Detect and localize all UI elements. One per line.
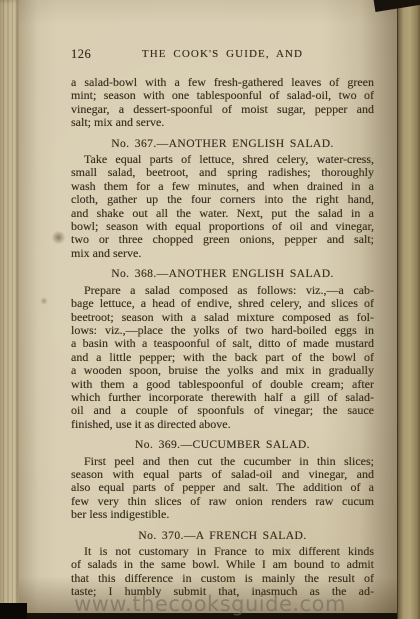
section-paragraph: It is not customary in France to mix dif… — [71, 545, 374, 599]
text-line: that this difference in custom is mainly… — [71, 572, 374, 585]
text-line: Take equal parts of lettuce, shred celer… — [71, 153, 374, 166]
text-line: First peel and then cut the cucumber in … — [71, 455, 374, 468]
paragraph-intro: a salad-bowl with a few fresh-gathered l… — [71, 76, 374, 130]
text-line: finished, use it as directed above. — [71, 418, 374, 431]
text-line: vinegar, a dessert-spoonful of moist sug… — [71, 103, 374, 116]
text-line: mix and serve. — [71, 247, 374, 260]
scanned-book-photo: 126 THE COOK'S GUIDE, AND a salad-bowl w… — [0, 0, 420, 619]
section-paragraph: First peel and then cut the cucumber in … — [71, 455, 374, 522]
text-line: mint; season with one tablespoonful of s… — [71, 89, 374, 102]
text-line: a wooden spoon, bruise the yolks and mix… — [71, 364, 374, 377]
section-heading: No. 367.—ANOTHER ENGLISH SALAD. — [71, 137, 374, 150]
text-line: with them a good tablespoonful of double… — [71, 378, 374, 391]
section-heading: No. 369.—CUCUMBER SALAD. — [71, 438, 374, 451]
text-line: bowl; season with equal proportions of o… — [71, 220, 374, 233]
text-line: small salad, beetroot, and spring radish… — [71, 166, 374, 179]
section-heading: No. 370.—A FRENCH SALAD. — [71, 529, 374, 542]
running-title: THE COOK'S GUIDE, AND — [71, 48, 374, 61]
text-line: few very thin slices of raw onion render… — [71, 495, 374, 508]
text-line: and a little pepper; with the back part … — [71, 351, 374, 364]
text-line: two or three chopped green onions, peppe… — [71, 233, 374, 246]
text-line: cloth, gather up the four corners into t… — [71, 193, 374, 206]
text-line: which further incorporate therewith half… — [71, 391, 374, 404]
section-paragraph: Prepare a salad composed as follows: viz… — [71, 284, 374, 431]
text-line: a salad-bowl with a few fresh-gathered l… — [71, 76, 374, 89]
photo-corner-shadow-bottom-left — [0, 603, 27, 619]
text-line: lows: viz.,—place the yolks of two hard-… — [71, 324, 374, 337]
watermark: www.thecooksguide.com — [74, 592, 346, 616]
text-line: a basin with a teaspoonful of salt, ditt… — [71, 337, 374, 350]
book-page-edge-right — [397, 0, 420, 619]
text-line: ber less indigestible. — [71, 508, 374, 521]
text-line: and shake out all the water. Next, put t… — [71, 207, 374, 220]
text-line: of salads in the same bowl. While I am b… — [71, 558, 374, 571]
section-heading: No. 368.—ANOTHER ENGLISH SALAD. — [71, 267, 374, 280]
text-line: salt; mix and serve. — [71, 116, 374, 129]
text-line: also equal parts of pepper and salt. The… — [71, 481, 374, 494]
text-line: season with equal parts of salad-oil and… — [71, 468, 374, 481]
book-page-edges-left — [0, 0, 20, 619]
text-line: bage lettuce, a head of endive, shred ce… — [71, 297, 374, 310]
section-paragraph: Take equal parts of lettuce, shred celer… — [71, 153, 374, 260]
text-line: beetroot; season with a salad mixture co… — [71, 311, 374, 324]
text-line: wash them for a few minutes, and when dr… — [71, 180, 374, 193]
text-line: It is not customary in France to mix dif… — [71, 545, 374, 558]
book-page: 126 THE COOK'S GUIDE, AND a salad-bowl w… — [19, 0, 398, 613]
text-line: Prepare a salad composed as follows: viz… — [71, 284, 374, 297]
text-line: oil and a couple of spoonfuls of vinegar… — [71, 404, 374, 417]
page-header: 126 THE COOK'S GUIDE, AND — [71, 48, 374, 63]
page-number: 126 — [71, 48, 91, 61]
recipe-sections: No. 367.—ANOTHER ENGLISH SALAD.Take equa… — [71, 137, 374, 599]
